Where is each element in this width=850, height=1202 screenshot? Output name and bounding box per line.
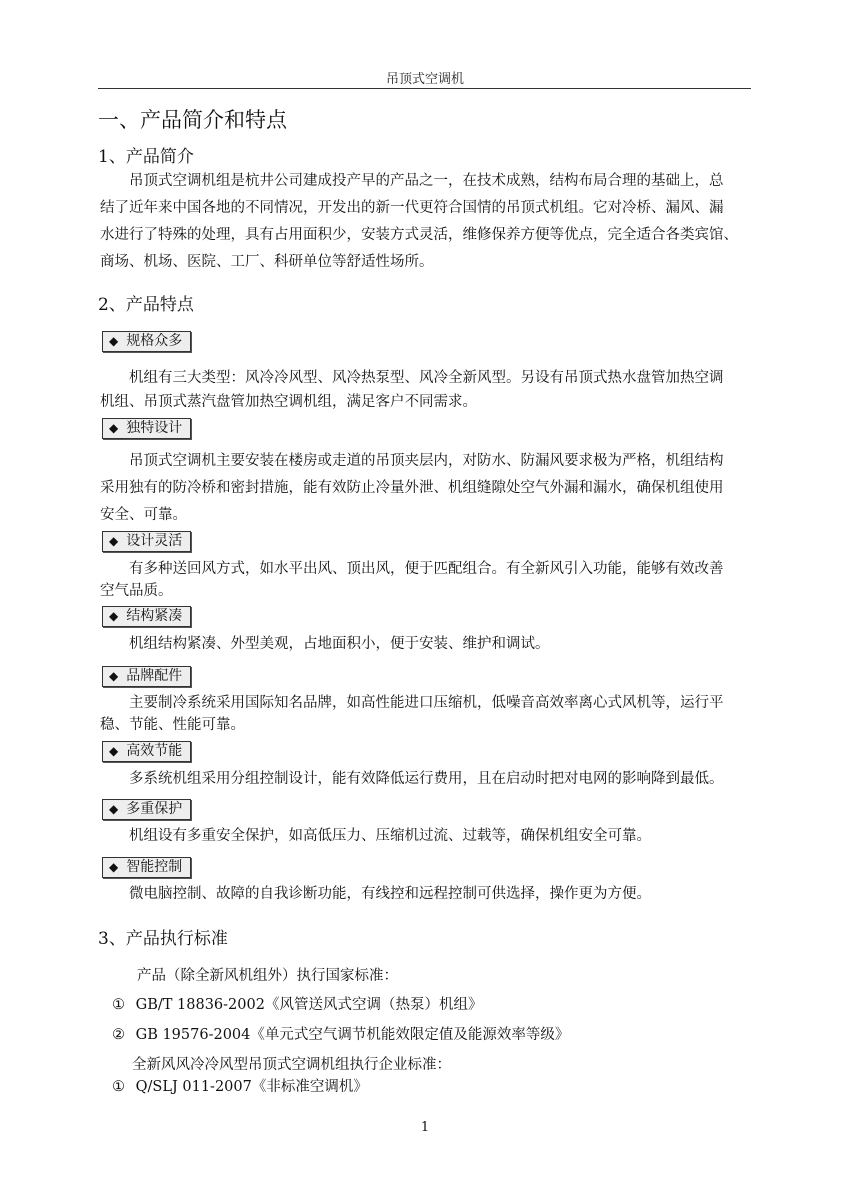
- feature-paragraph: 有多种送回风方式，如水平出风、顶出风，便于匹配组合。有全新风引入功能，能够有效改…: [100, 558, 724, 602]
- feature-tag-efficiency: ◆高效节能: [102, 741, 191, 762]
- circled-number: ①: [112, 997, 125, 1013]
- national-standard-intro: 产品（除全新风机组外）执行国家标准：: [137, 964, 398, 985]
- standard-text: GB 19576-2004《单元式空气调节机能效限定值及能源效率等级》: [136, 1027, 570, 1043]
- diamond-bullet-icon: ◆: [109, 532, 118, 551]
- feature-tag-label: 结构紧凑: [126, 607, 182, 626]
- feature-tag-design: ◆独特设计: [102, 418, 191, 439]
- circled-number: ①: [112, 1079, 125, 1095]
- feature-tag-label: 智能控制: [126, 858, 182, 877]
- text-line: 采用独有的防冷桥和密封措施，能有效防止冷量外泄、机组缝隙处空气外漏和漏水，确保机…: [100, 475, 724, 502]
- feature-tag-specs: ◆规格众多: [102, 331, 191, 352]
- diamond-bullet-icon: ◆: [109, 800, 118, 819]
- feature-tag-flexible: ◆设计灵活: [102, 531, 191, 552]
- text-line: 多系统机组采用分组控制设计，能有效降低运行费用，且在启动时把对电网的影响降到最低…: [100, 766, 724, 793]
- text-line: 商场、机场、医院、工厂、科研单位等舒适性场所。: [100, 249, 738, 276]
- feature-paragraph: 主要制冷系统采用国际知名品牌，如高性能进口压缩机，低噪音高效率离心式风机等，运行…: [100, 692, 724, 736]
- feature-tag-brand-parts: ◆品牌配件: [102, 666, 191, 687]
- feature-paragraph: 微电脑控制、故障的自我诊断功能，有线控和远程控制可供选择，操作更为方便。: [100, 881, 651, 908]
- text-line: 水进行了特殊的处理，具有占用面积少，安装方式灵活，维修保养方便等优点，完全适合各…: [100, 222, 738, 249]
- enterprise-standard-intro: 全新风风冷冷风型吊顶式空调机组执行企业标准：: [132, 1053, 451, 1074]
- feature-tag-protection: ◆多重保护: [102, 799, 191, 820]
- header-rule: [98, 88, 751, 89]
- diamond-bullet-icon: ◆: [109, 332, 118, 351]
- subsection-heading-intro: 1、产品简介: [98, 142, 194, 167]
- standard-text: GB/T 18836-2002《风管送风式空调（热泵）机组》: [136, 997, 483, 1013]
- text-line: 微电脑控制、故障的自我诊断功能，有线控和远程控制可供选择，操作更为方便。: [100, 881, 651, 908]
- feature-paragraph: 机组设有多重安全保护，如高低压力、压缩机过流、过载等，确保机组安全可靠。: [100, 823, 651, 850]
- feature-paragraph: 机组有三大类型：风冷冷风型、风冷热泵型、风冷全新风型。另设有吊顶式热水盘管加热空…: [100, 366, 724, 414]
- text-line: 机组、吊顶式蒸汽盘管加热空调机组，满足客户不同需求。: [100, 390, 724, 414]
- subsection-heading-features: 2、产品特点: [98, 290, 194, 315]
- feature-tag-label: 品牌配件: [126, 667, 182, 686]
- standard-item: ② GB 19576-2004《单元式空气调节机能效限定值及能源效率等级》: [112, 1023, 569, 1044]
- section-title: 一、产品简介和特点: [98, 104, 287, 134]
- diamond-bullet-icon: ◆: [109, 607, 118, 626]
- feature-tag-label: 多重保护: [126, 800, 182, 819]
- text-line: 吊顶式空调机组是杭井公司建成投产早的产品之一，在技术成熟，结构布局合理的基础上，…: [100, 168, 738, 195]
- feature-tag-label: 规格众多: [126, 332, 182, 351]
- text-line: 安全、可靠。: [100, 502, 724, 529]
- intro-paragraph: 吊顶式空调机组是杭井公司建成投产早的产品之一，在技术成熟，结构布局合理的基础上，…: [100, 168, 738, 276]
- page-number: 1: [0, 1120, 850, 1135]
- subsection-heading-standards: 3、产品执行标准: [98, 924, 228, 949]
- feature-paragraph: 吊顶式空调机主要安装在楼房或走道的吊顶夹层内，对防水、防漏风要求极为严格，机组结…: [100, 448, 724, 529]
- text-line: 主要制冷系统采用国际知名品牌，如高性能进口压缩机，低噪音高效率离心式风机等，运行…: [100, 692, 724, 714]
- diamond-bullet-icon: ◆: [109, 742, 118, 761]
- text-line: 结了近年来中国各地的不同情况，开发出的新一代更符合国情的吊顶式机组。它对冷桥、漏…: [100, 195, 738, 222]
- running-header: 吊顶式空调机: [0, 68, 850, 87]
- feature-tag-label: 设计灵活: [126, 532, 182, 551]
- text-line: 稳、节能、性能可靠。: [100, 714, 724, 736]
- feature-tag-label: 独特设计: [126, 419, 182, 438]
- diamond-bullet-icon: ◆: [109, 419, 118, 438]
- standard-text: Q/SLJ 011-2007《非标准空调机》: [136, 1079, 368, 1095]
- text-line: 机组设有多重安全保护，如高低压力、压缩机过流、过载等，确保机组安全可靠。: [100, 823, 651, 850]
- feature-tag-smart-control: ◆智能控制: [102, 857, 191, 878]
- feature-paragraph: 多系统机组采用分组控制设计，能有效降低运行费用，且在启动时把对电网的影响降到最低…: [100, 766, 724, 793]
- feature-tag-label: 高效节能: [126, 742, 182, 761]
- text-line: 机组有三大类型：风冷冷风型、风冷热泵型、风冷全新风型。另设有吊顶式热水盘管加热空…: [100, 366, 724, 390]
- text-line: 空气品质。: [100, 580, 724, 602]
- circled-number: ②: [112, 1027, 125, 1043]
- diamond-bullet-icon: ◆: [109, 667, 118, 686]
- feature-paragraph: 机组结构紧凑、外型美观，占地面积小，便于安装、维护和调试。: [100, 631, 550, 658]
- feature-tag-compact: ◆结构紧凑: [102, 606, 191, 627]
- text-line: 机组结构紧凑、外型美观，占地面积小，便于安装、维护和调试。: [100, 631, 550, 658]
- standard-item: ① GB/T 18836-2002《风管送风式空调（热泵）机组》: [112, 993, 482, 1014]
- diamond-bullet-icon: ◆: [109, 858, 118, 877]
- text-line: 有多种送回风方式，如水平出风、顶出风，便于匹配组合。有全新风引入功能，能够有效改…: [100, 558, 724, 580]
- text-line: 吊顶式空调机主要安装在楼房或走道的吊顶夹层内，对防水、防漏风要求极为严格，机组结…: [100, 448, 724, 475]
- standard-item: ① Q/SLJ 011-2007《非标准空调机》: [112, 1075, 368, 1096]
